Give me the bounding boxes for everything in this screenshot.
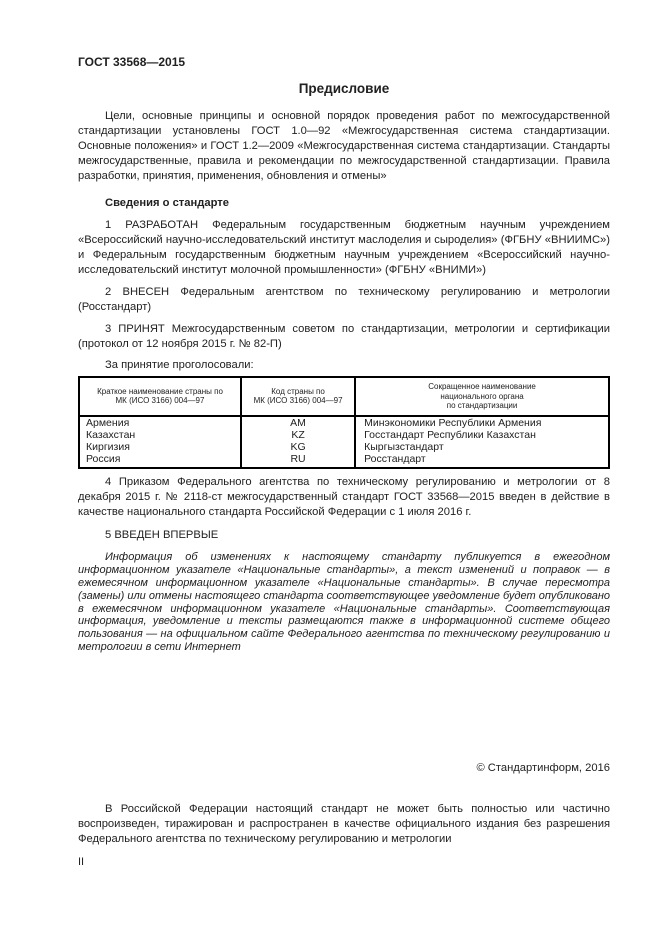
table-cell-code: AM bbox=[240, 417, 356, 429]
table-row: Киргизия KG Кыргызстандарт bbox=[80, 441, 608, 453]
voting-table: Краткое наименование страны по МК (ИСО 3… bbox=[78, 376, 610, 469]
table-header-country-code: Код страны по МК (ИСО 3166) 004—97 bbox=[240, 378, 356, 415]
section-heading-standard-info: Сведения о стандарте bbox=[78, 196, 610, 211]
page-content: ГОСТ 33568—2015 Предисловие Цели, основн… bbox=[78, 0, 610, 858]
table-cell-body: Минэкономики Республики Армения bbox=[356, 417, 608, 429]
reproduction-restriction: В Российской Федерации настоящий стандар… bbox=[78, 802, 610, 847]
table-row: Казахстан KZ Госстандарт Республики Каза… bbox=[80, 429, 608, 441]
table-cell-code: RU bbox=[240, 453, 356, 467]
table-cell-country: Казахстан bbox=[80, 429, 240, 441]
info-item-3: 3 ПРИНЯТ Межгосударственным советом по с… bbox=[78, 322, 610, 352]
copyright-line: © Стандартинформ, 2016 bbox=[78, 762, 610, 775]
page-number: II bbox=[78, 856, 84, 869]
table-cell-country: Киргизия bbox=[80, 441, 240, 453]
info-item-2: 2 ВНЕСЕН Федеральным агентством по техни… bbox=[78, 285, 610, 315]
table-row: Россия RU Росстандарт bbox=[80, 453, 608, 467]
table-cell-country: Армения bbox=[80, 417, 240, 429]
table-cell-body: Кыргызстандарт bbox=[356, 441, 608, 453]
info-item-4: 4 Приказом Федерального агентства по тех… bbox=[78, 475, 610, 520]
intro-paragraph: Цели, основные принципы и основной поряд… bbox=[78, 109, 610, 184]
document-code: ГОСТ 33568—2015 bbox=[78, 56, 610, 69]
table-row: Армения AM Минэкономики Республики Армен… bbox=[80, 417, 608, 429]
vote-table-caption: За принятие проголосовали: bbox=[78, 358, 610, 373]
table-header-national-body: Сокращенное наименование национального о… bbox=[356, 378, 608, 415]
voting-table-header-row: Краткое наименование страны по МК (ИСО 3… bbox=[80, 378, 608, 417]
table-cell-code: KG bbox=[240, 441, 356, 453]
info-item-5: 5 ВВЕДЕН ВПЕРВЫЕ bbox=[78, 528, 610, 543]
table-cell-body: Росстандарт bbox=[356, 453, 608, 467]
page-title: Предисловие bbox=[78, 80, 610, 97]
amendments-note: Информация об изменениях к настоящему ст… bbox=[78, 551, 610, 653]
table-cell-body: Госстандарт Республики Казахстан bbox=[356, 429, 608, 441]
table-header-country: Краткое наименование страны по МК (ИСО 3… bbox=[80, 378, 240, 415]
info-item-1: 1 РАЗРАБОТАН Федеральным государственным… bbox=[78, 218, 610, 278]
document-page: ГОСТ 33568—2015 Предисловие Цели, основн… bbox=[0, 0, 661, 936]
table-cell-country: Россия bbox=[80, 453, 240, 467]
table-cell-code: KZ bbox=[240, 429, 356, 441]
